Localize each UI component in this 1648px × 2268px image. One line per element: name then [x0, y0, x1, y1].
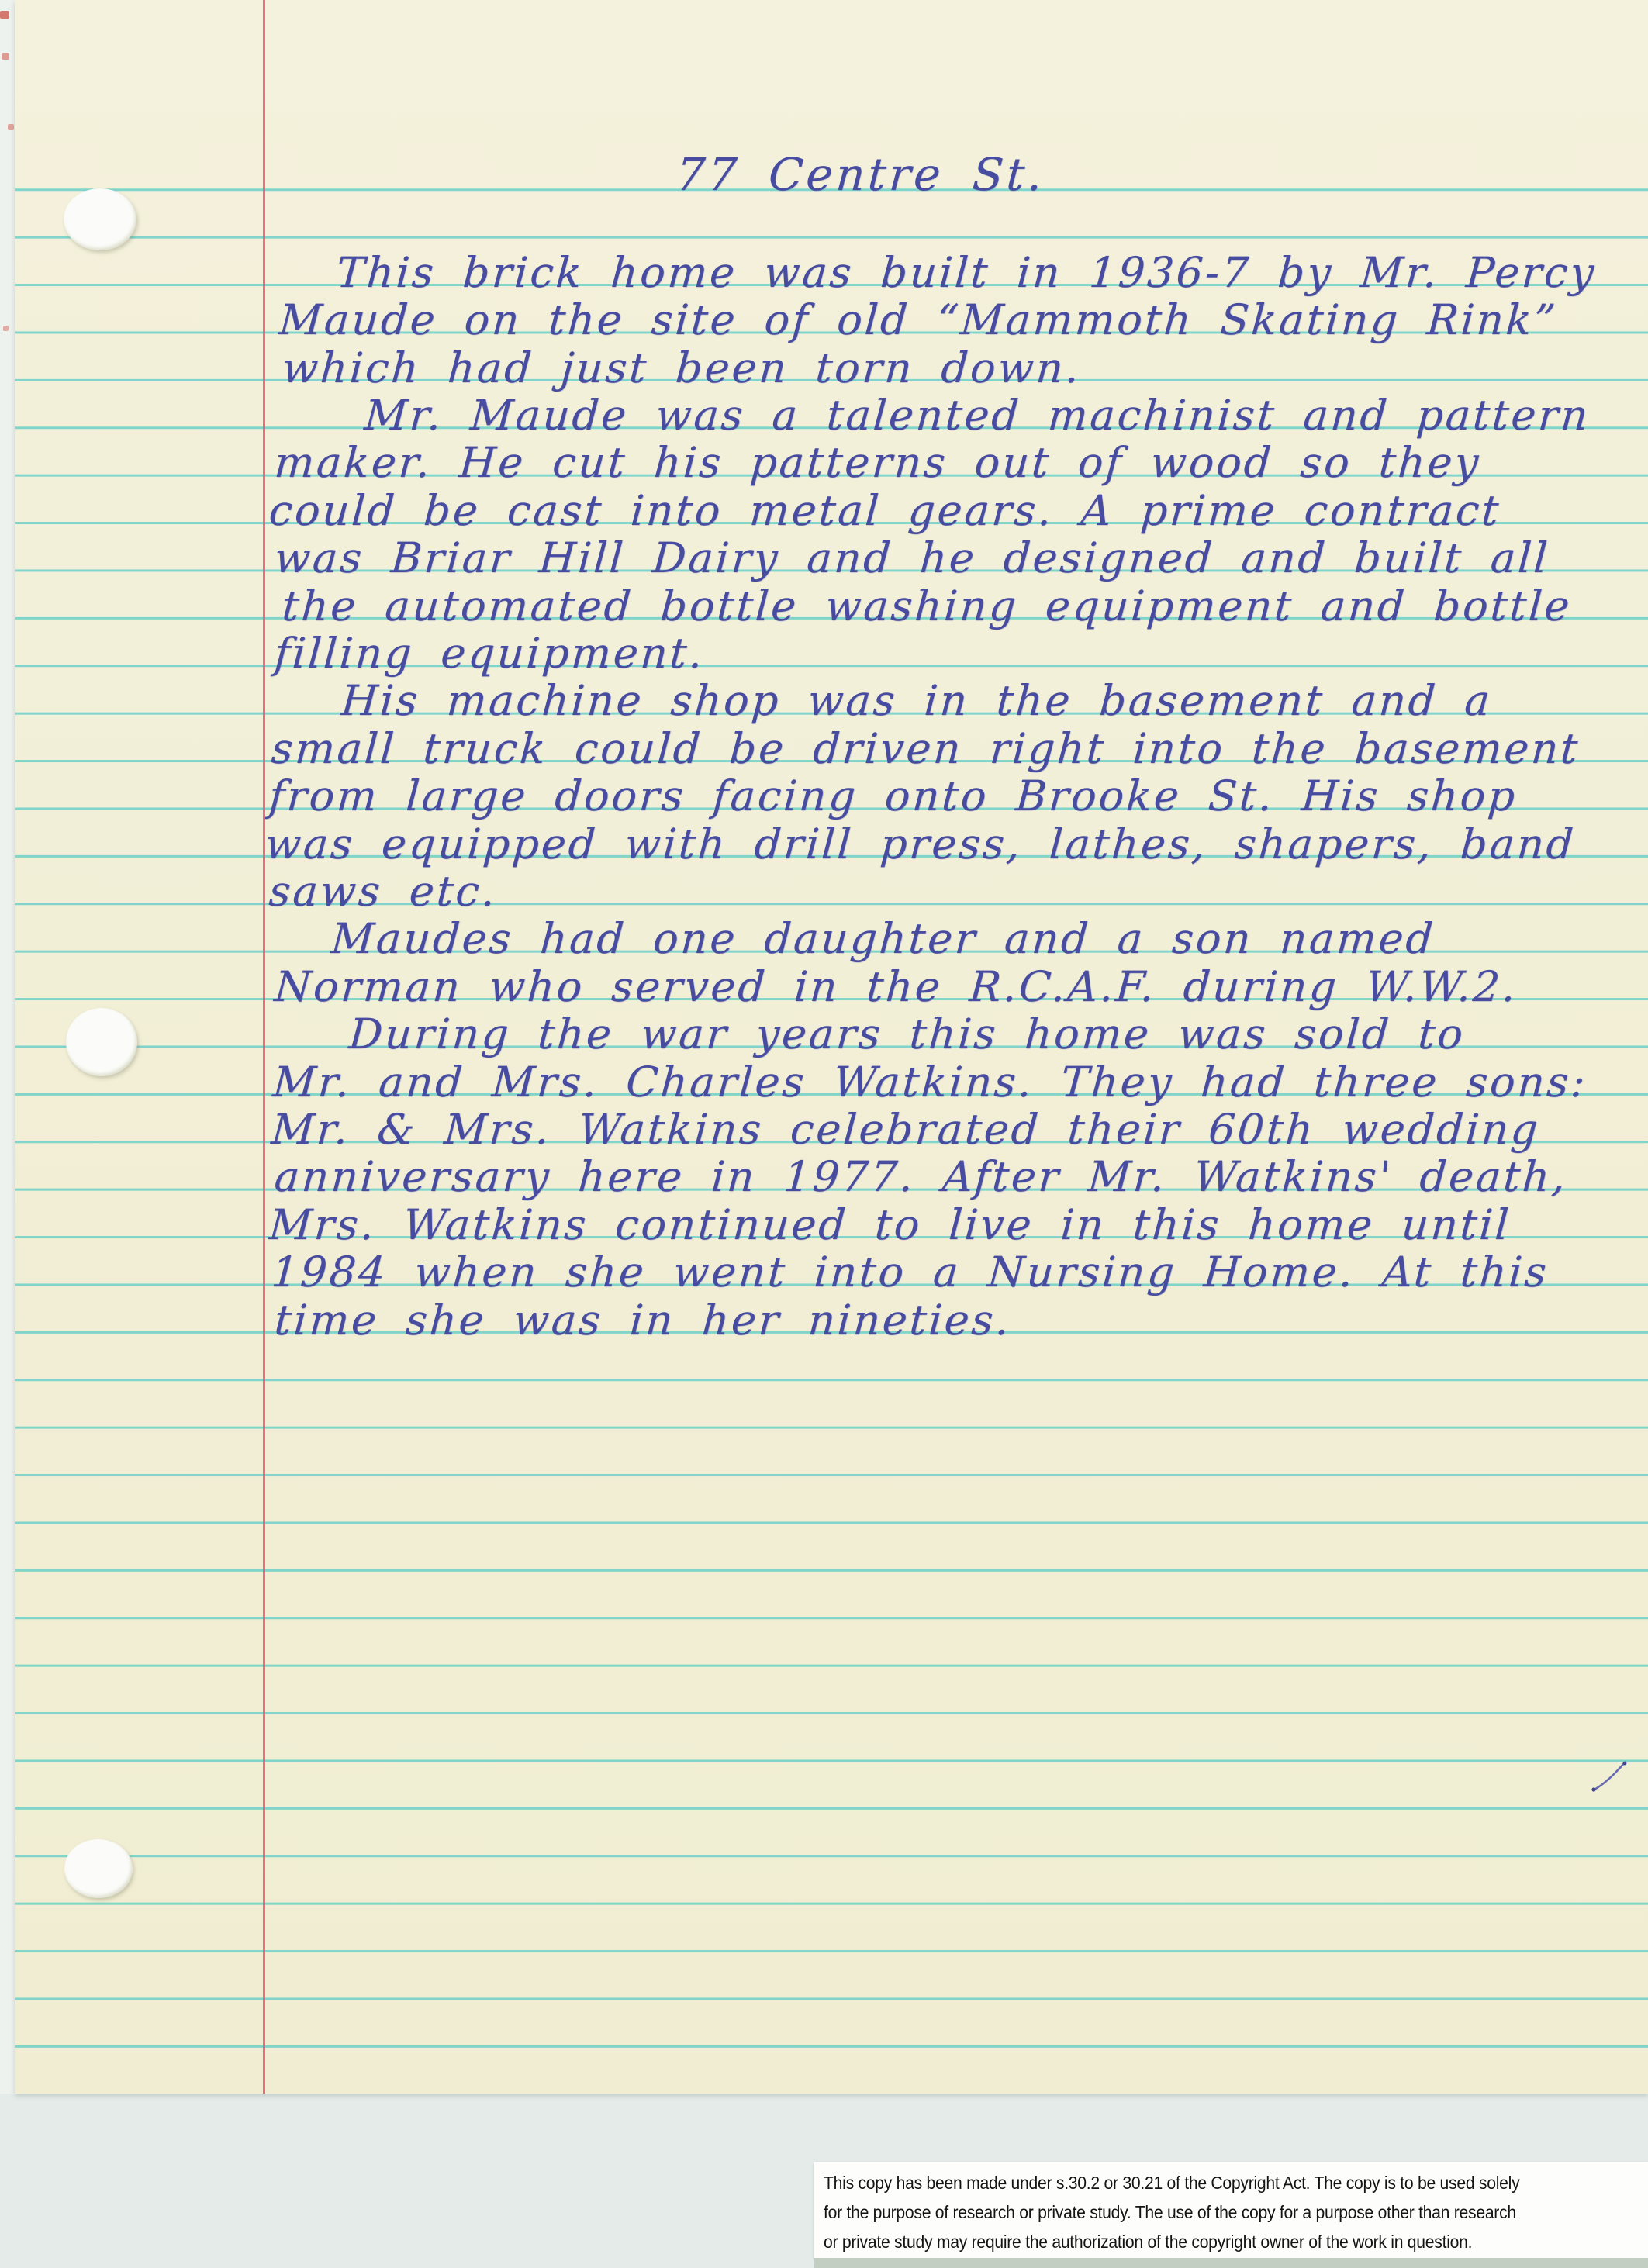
handwriting-line: Maudes had one daughter and a son named [330, 917, 1436, 961]
handwriting-line: from large doors facing onto Brooke St. … [268, 774, 1518, 819]
handwriting-line: 1984 when she went into a Nursing Home. … [270, 1250, 1550, 1295]
punch-hole-middle [66, 1008, 137, 1076]
punch-hole-top [64, 188, 136, 250]
handwriting-line: could be cast into metal gears. A prime … [268, 488, 1502, 533]
scanner-bottom-strip [814, 2258, 1648, 2268]
copyright-line: for the purpose of research or private s… [824, 2197, 1637, 2227]
handwriting-line: the automated bottle washing equipment a… [281, 584, 1574, 629]
punch-hole-bottom [64, 1839, 133, 1898]
handwriting-line: Mr. and Mrs. Charles Watkins. They had t… [271, 1060, 1589, 1105]
margin-line [263, 0, 265, 2094]
handwriting-line: saws etc. [268, 869, 499, 914]
handwriting-line: Mr. & Mrs. Watkins celebrated their 60th… [270, 1107, 1542, 1152]
handwriting-line: filling equipment. [273, 631, 707, 676]
red-edge-mark [2, 53, 9, 60]
handwriting-line: was Briar Hill Dairy and he designed and… [273, 536, 1551, 581]
handwriting-line: Norman who served in the R.C.A.F. during… [273, 965, 1519, 1010]
red-edge-mark [3, 326, 9, 331]
stray-ink-tick-mark [1589, 1760, 1631, 1796]
handwriting-line: Mr. Maude was a talented machinist and p… [363, 393, 1591, 438]
copyright-line: This copy has been made under s.30.2 or … [824, 2168, 1637, 2197]
red-edge-mark [8, 124, 14, 130]
copyright-line: or private study may require the authori… [824, 2227, 1637, 2256]
handwriting-line: maker. He cut his patterns out of wood s… [273, 440, 1482, 485]
scanner-edge-strip [0, 0, 15, 2094]
copyright-stamp: This copy has been made under s.30.2 or … [814, 2162, 1648, 2258]
handwriting-line: Maude on the site of old “Mammoth Skatin… [278, 298, 1559, 343]
scanned-document: 77 Centre St.This brick home was built i… [0, 0, 1648, 2268]
handwriting-line: time she was in her nineties. [273, 1298, 1013, 1343]
handwriting-line: anniversary here in 1977. After Mr. Watk… [273, 1155, 1569, 1200]
page-title: 77 Centre St. [675, 152, 1047, 197]
handwriting-line: small truck could be driven right into t… [270, 727, 1581, 772]
handwriting-line: was equipped with drill press, lathes, s… [264, 822, 1577, 867]
handwriting-line: Mrs. Watkins continued to live in this h… [268, 1203, 1512, 1248]
copyright-text: This copy has been made under s.30.2 or … [824, 2168, 1637, 2256]
handwriting-line: which had just been torn down. [281, 346, 1083, 391]
handwriting-line: His machine shop was in the basement and… [340, 678, 1494, 723]
handwriting-line: This brick home was built in 1936-7 by M… [335, 250, 1598, 295]
red-edge-mark [0, 11, 9, 19]
handwriting-line: During the war years this home was sold … [347, 1012, 1467, 1057]
notebook-page: 77 Centre St.This brick home was built i… [15, 0, 1648, 2094]
